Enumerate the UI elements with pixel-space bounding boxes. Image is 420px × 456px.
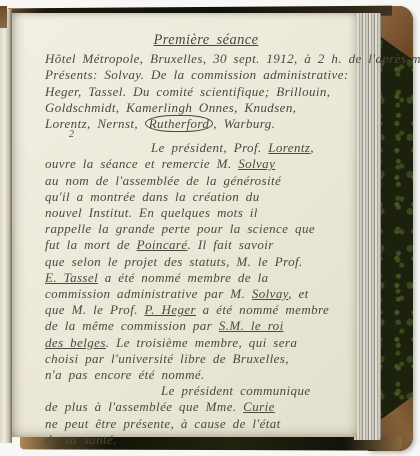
text-segment: Le président, Prof. [151,140,268,155]
text-segment: qu'il a montrée dans la création du [45,189,260,204]
text-segment: choisi par l'université libre de Bruxell… [45,351,289,366]
text-segment: de la même commission par [45,318,219,333]
text-segment: , [310,140,314,155]
text-segment: n'a pas encore été nommé. [45,367,205,382]
underlined-text: Lorentz [268,140,310,155]
underlined-text: S.M. le roi [219,318,284,333]
manuscript-line: Hôtel Métropole, Bruxelles, 30 sept. 191… [45,51,367,67]
text-segment: Présents: Solvay. De la commission admin… [45,67,349,82]
manuscript-line: E. Tassel a été nommé membre de la [45,270,367,286]
text-segment: Goldschmidt, Kamerlingh Onnes, Knudsen, [45,100,296,115]
manuscript-text: Première séance Hôtel Métropole, Bruxell… [45,32,367,448]
manuscript-lines: Hôtel Métropole, Bruxelles, 30 sept. 191… [45,51,367,448]
manuscript-line: de sa santé. [45,432,367,448]
underlined-text: Poincaré [137,237,188,252]
underlined-text: Solvay [252,286,288,301]
manuscript-line: commission administrative par M. Solvay,… [45,286,367,302]
text-segment: . Le troisième membre, qui sera [106,335,297,350]
text-segment: commission administrative par M. [45,286,252,301]
manuscript-line: Le président, Prof. Lorentz, [45,140,367,156]
manuscript-line: de la même commission par S.M. le roi [45,318,367,334]
manuscript-line: fut la mort de Poincaré. Il fait savoir [45,237,367,253]
gutter-strip [0,9,12,443]
text-segment: que M. le Prof. [45,302,145,317]
manuscript-line: choisi par l'université libre de Bruxell… [45,351,367,367]
manuscript-line: n'a pas encore été nommé. [45,367,367,383]
manuscript-line: de plus à l'assemblée que Mme. Curie [45,399,367,415]
text-segment: , Warburg. [213,116,275,131]
text-segment: Le président communique [161,383,311,398]
text-segment: de plus à l'assemblée que Mme. [45,399,243,414]
manuscript-line: des belges. Le troisième membre, qui ser… [45,335,367,351]
text-segment: Lorentz, Nernst, [45,116,145,131]
manuscript-line: qu'il a montrée dans la création du [45,189,367,205]
gutter-top-notch [0,6,7,28]
underlined-text: E. Tassel [45,270,98,285]
text-segment: rappelle la grande perte pour la science… [45,221,315,236]
text-segment: nouvel Institut. En quelques mots il [45,205,258,220]
text-segment: de sa santé. [45,432,117,447]
underlined-text: des belges [45,335,106,350]
manuscript-line: Lorentz, Nernst, Rutherford, Warburg. [45,116,367,132]
manuscript-line: ne peut être présente, à cause de l'état [45,416,367,432]
circled-text: Rutherford [145,115,214,132]
text-segment: ouvre la séance et remercie M. [45,156,238,171]
manuscript-line: ouvre la séance et remercie M. Solvay [45,156,367,172]
text-segment: Hôtel Métropole, Bruxelles, 30 sept. 191… [45,51,420,66]
underlined-text: Solvay [238,156,275,171]
manuscript-line: que M. le Prof. P. Heger a été nommé mem… [45,302,367,318]
margin-mark: 2 [69,129,74,140]
text-segment: au nom de l'assemblée de la générosité [45,173,281,188]
page-title: Première séance [45,32,367,48]
manuscript-line: au nom de l'assemblée de la générosité [45,173,367,189]
manuscript-line: Le président communique [45,383,367,399]
text-segment: , et [288,286,308,301]
notebook-page: Première séance Hôtel Métropole, Bruxell… [12,13,357,437]
text-segment: que selon le projet des statuts, M. le P… [45,254,303,269]
manuscript-line: nouvel Institut. En quelques mots il [45,205,367,221]
underlined-text: Curie [243,399,275,414]
underlined-text: P. Heger [145,302,196,317]
text-segment: ne peut être présente, à cause de l'état [45,416,281,431]
manuscript-line: Présents: Solvay. De la commission admin… [45,67,367,83]
manuscript-line: Goldschmidt, Kamerlingh Onnes, Knudsen, [45,100,367,116]
text-segment: a été nommé membre de la [98,270,268,285]
text-segment: . Il fait savoir [188,237,274,252]
text-segment: a été nommé membre [196,302,329,317]
manuscript-line: rappelle la grande perte pour la science… [45,221,367,237]
text-segment: fut la mort de [45,237,137,252]
manuscript-line: Heger, Tassel. Du comité scientifique; B… [45,84,367,100]
manuscript-line: que selon le projet des statuts, M. le P… [45,254,367,270]
text-segment: Heger, Tassel. Du comité scientifique; B… [45,84,330,99]
